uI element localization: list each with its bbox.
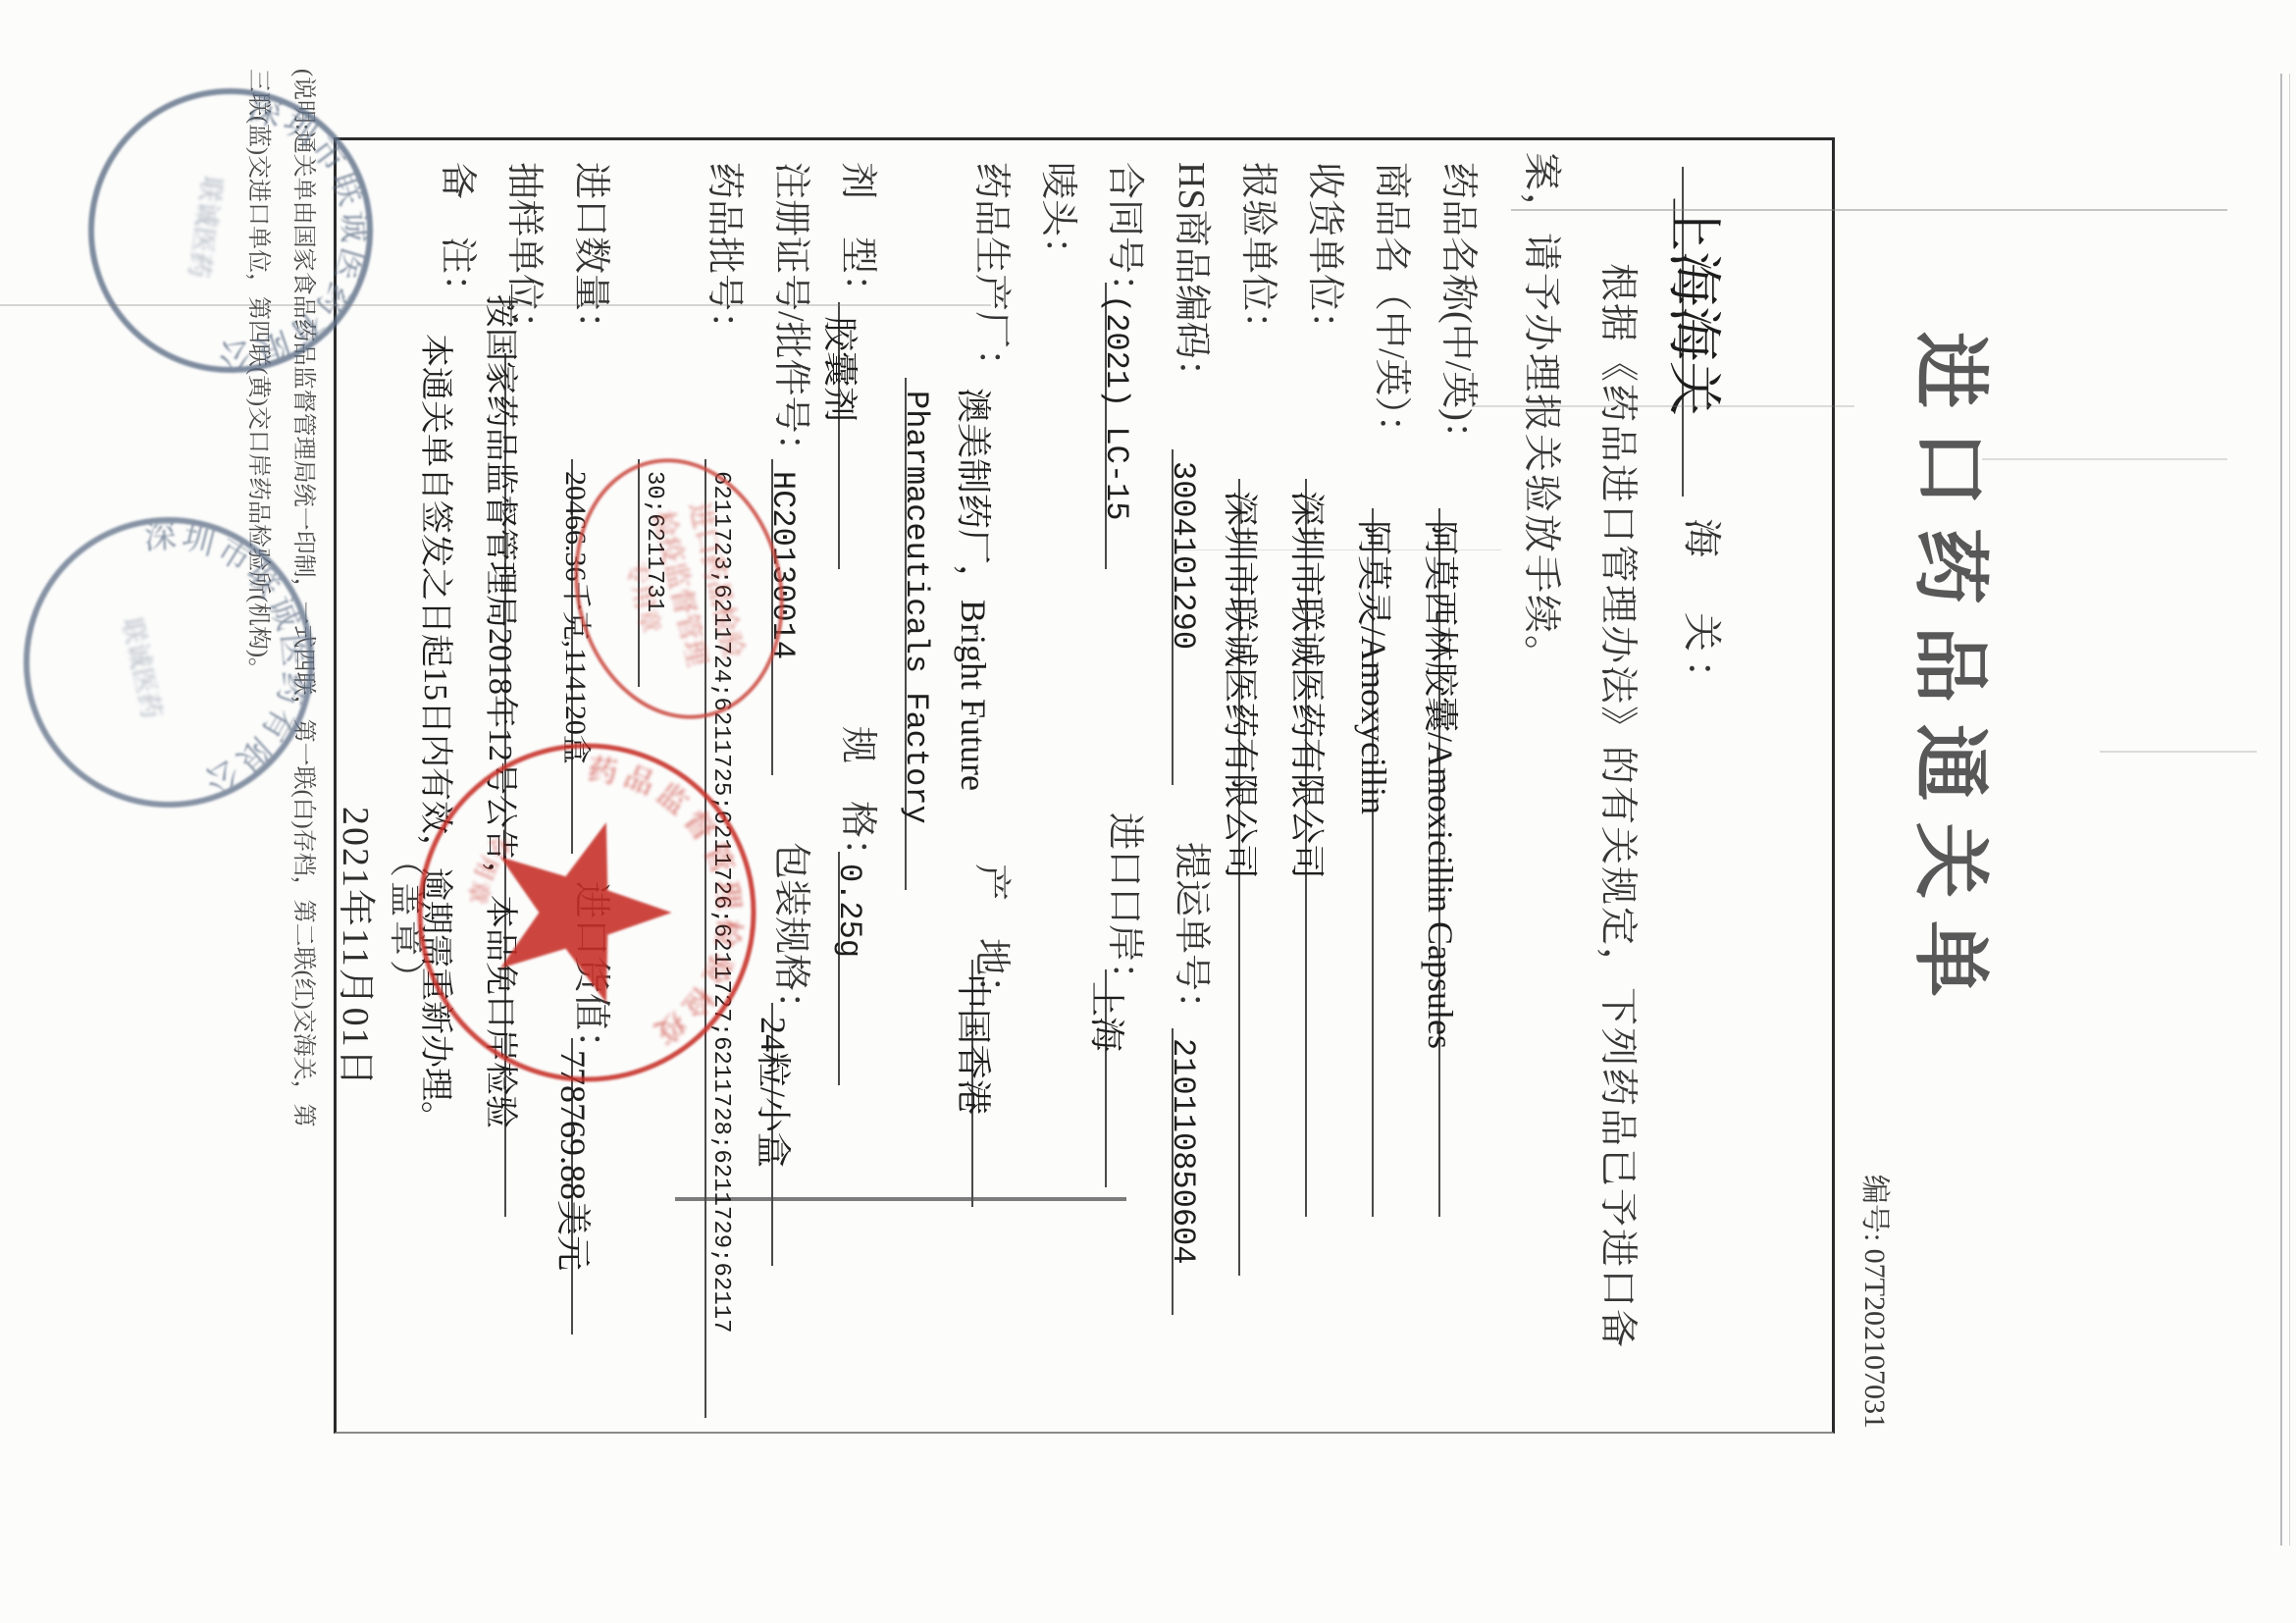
svg-text:深圳市联诚医药有限公司: 深圳市联诚医药有限公司: [210, 0, 2296, 661]
scan-streak: [1511, 209, 2227, 211]
red-oval-stamp: 进口药品检验 检疫监督管理 专用章: [551, 440, 807, 738]
svg-text:专用章: 专用章: [462, 828, 516, 910]
star-icon: [500, 822, 672, 1003]
company-seal-2: 深圳市联诚医药有限公司 联诚医药: [0, 0, 2296, 831]
svg-text:深圳市联诚医药有限公司: 深圳市联诚医药有限公司: [26, 0, 2296, 803]
paper-edge-shadow: [2280, 74, 2282, 1545]
scan-streak: [0, 304, 991, 306]
scan-canvas: 进口药品通关单 编号: 07T202107031 上海海关 海 关： 根据《药品…: [0, 0, 2296, 1623]
scan-streak: [1472, 405, 1854, 407]
scanned-customs-form: { "doc": { "title": "进口药品通关单", "serial":…: [0, 0, 2296, 1623]
scan-streak: [2100, 751, 2257, 753]
svg-text:联诚医药: 联诚医药: [183, 175, 226, 280]
company-seal-1: 深圳市联诚医药有限公司 联诚医药: [73, 0, 2296, 661]
svg-text:专用章: 专用章: [621, 558, 664, 636]
svg-text:联诚医药: 联诚医药: [117, 615, 166, 721]
document-page: 进口药品通关单 编号: 07T202107031 上海海关 海 关： 根据《药品…: [0, 0, 2296, 1623]
paper-edge-shadow: [2289, 74, 2290, 1545]
scan-streak: [1982, 458, 2227, 460]
stamps-layer: 进口药品检验 检疫监督管理 专用章 药品监督管理检验检疫 专用章: [0, 0, 2296, 1623]
red-star-stamp: 药品监督管理检验检疫 专用章: [420, 746, 754, 1079]
scan-streak: [1177, 550, 1501, 550]
